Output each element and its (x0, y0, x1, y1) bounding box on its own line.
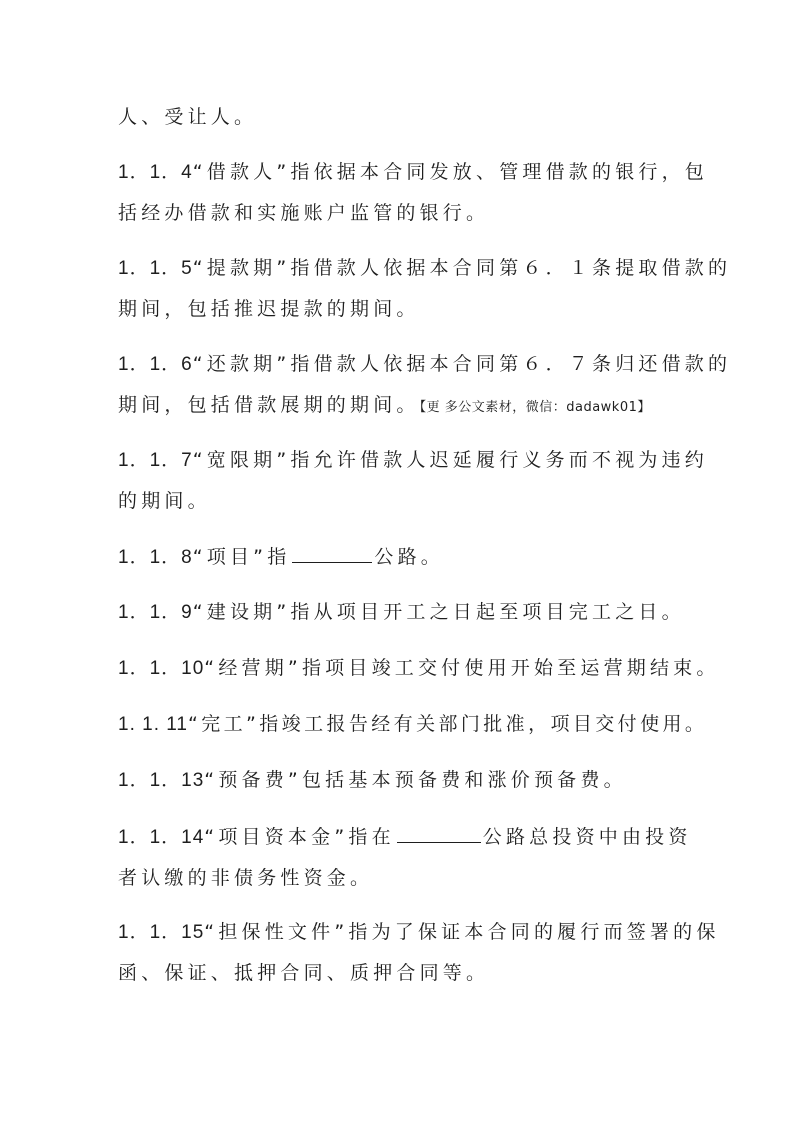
clause-1-1-9: 1．1．9“建设期”指从项目开工之日起至项目完工之日。 (118, 600, 685, 625)
clause-1-1-4: 1．1．4“借款人”指依据本合同发放、管理借款的银行，包 (118, 160, 708, 185)
clause-text: “还款期”指借款人依据本合同第６．７条归还借款的 (193, 353, 732, 375)
clause-text: “宽限期”指允许借款人迟延履行义务而不视为违约 (193, 449, 708, 471)
clause-text: “担保性文件”指为了保证本合同的履行而签署的保 (204, 921, 719, 943)
clause-number: 1．1．13 (118, 770, 204, 791)
clause-1-1-7: 1．1．7“宽限期”指允许借款人迟延履行义务而不视为违约 (118, 448, 708, 473)
text-line: 人、受让人。 (118, 105, 257, 129)
text-line: 期间，包括借款展期的期间。【更 多公文素材，微信：dadawk01】 (118, 393, 651, 420)
clause-text: “建设期”指从项目开工之日起至项目完工之日。 (193, 601, 685, 623)
clause-text: “经营期”指项目竣工交付使用开始至运营期结束。 (204, 657, 719, 679)
clause-number: 1．1．14 (118, 827, 204, 848)
clause-number: 1. 1. 11 (118, 714, 188, 735)
clause-text: “提款期”指借款人依据本合同第６．１条提取借款的 (193, 257, 732, 279)
text-line: 函、保证、抵押合同、质押合同等。 (118, 961, 489, 985)
clause-number: 1．1．4 (118, 162, 193, 183)
clause-1-1-6: 1．1．6“还款期”指借款人依据本合同第６．７条归还借款的 (118, 352, 731, 377)
line-text: 括经办借款和实施账户监管的银行。 (118, 202, 489, 224)
clause-number: 1．1．6 (118, 354, 193, 375)
text-line: 期间，包括推迟提款的期间。 (118, 297, 420, 321)
text-line: 者认缴的非债务性资金。 (118, 866, 373, 890)
line-text: 期间，包括借款展期的期间。 (118, 394, 420, 416)
clause-1-1-13: 1．1．13“预备费”包括基本预备费和涨价预备费。 (118, 768, 627, 793)
clause-1-1-11: 1. 1. 11“完工”指竣工报告经有关部门批准，项目交付使用。 (118, 712, 707, 737)
watermark-note: 【更 多公文素材，微信：dadawk01】 (420, 400, 651, 415)
line-text: 函、保证、抵押合同、质押合同等。 (118, 962, 489, 984)
fill-in-blank (397, 824, 481, 843)
clause-number: 1．1．7 (118, 450, 193, 471)
clause-1-1-5: 1．1．5“提款期”指借款人依据本合同第６．１条提取借款的 (118, 256, 731, 281)
line-text: 者认缴的非债务性资金。 (118, 867, 373, 889)
clause-number: 1．1．15 (118, 922, 204, 943)
line-text: 的期间。 (118, 490, 211, 512)
clause-number: 1．1．10 (118, 658, 204, 679)
clause-number: 1．1．5 (118, 258, 193, 279)
text-line: 括经办借款和实施账户监管的银行。 (118, 201, 489, 225)
fill-in-blank (292, 544, 372, 563)
clause-text-after: 公路总投资中由投资 (483, 826, 692, 848)
clause-text: “完工”指竣工报告经有关部门批准，项目交付使用。 (188, 713, 707, 735)
clause-1-1-8: 1．1．8“项目”指公路。 (118, 544, 444, 570)
line-text: 期间，包括推迟提款的期间。 (118, 298, 420, 320)
line-text: 人、受让人。 (118, 106, 257, 128)
clause-1-1-15: 1．1．15“担保性文件”指为了保证本合同的履行而签署的保 (118, 920, 720, 945)
clause-number: 1．1．9 (118, 602, 193, 623)
clause-1-1-14: 1．1．14“项目资本金”指在公路总投资中由投资 (118, 824, 692, 850)
clause-text: “预备费”包括基本预备费和涨价预备费。 (204, 769, 627, 791)
clause-1-1-10: 1．1．10“经营期”指项目竣工交付使用开始至运营期结束。 (118, 656, 720, 681)
clause-number: 1．1．8 (118, 547, 193, 568)
clause-text: “借款人”指依据本合同发放、管理借款的银行，包 (193, 161, 708, 183)
clause-text-after: 公路。 (374, 546, 444, 568)
text-line: 的期间。 (118, 489, 211, 513)
document-page: 人、受让人。 1．1．4“借款人”指依据本合同发放、管理借款的银行，包 括经办借… (0, 0, 793, 1122)
clause-text: “项目资本金”指在 (204, 826, 395, 848)
clause-text: “项目”指 (193, 546, 291, 568)
